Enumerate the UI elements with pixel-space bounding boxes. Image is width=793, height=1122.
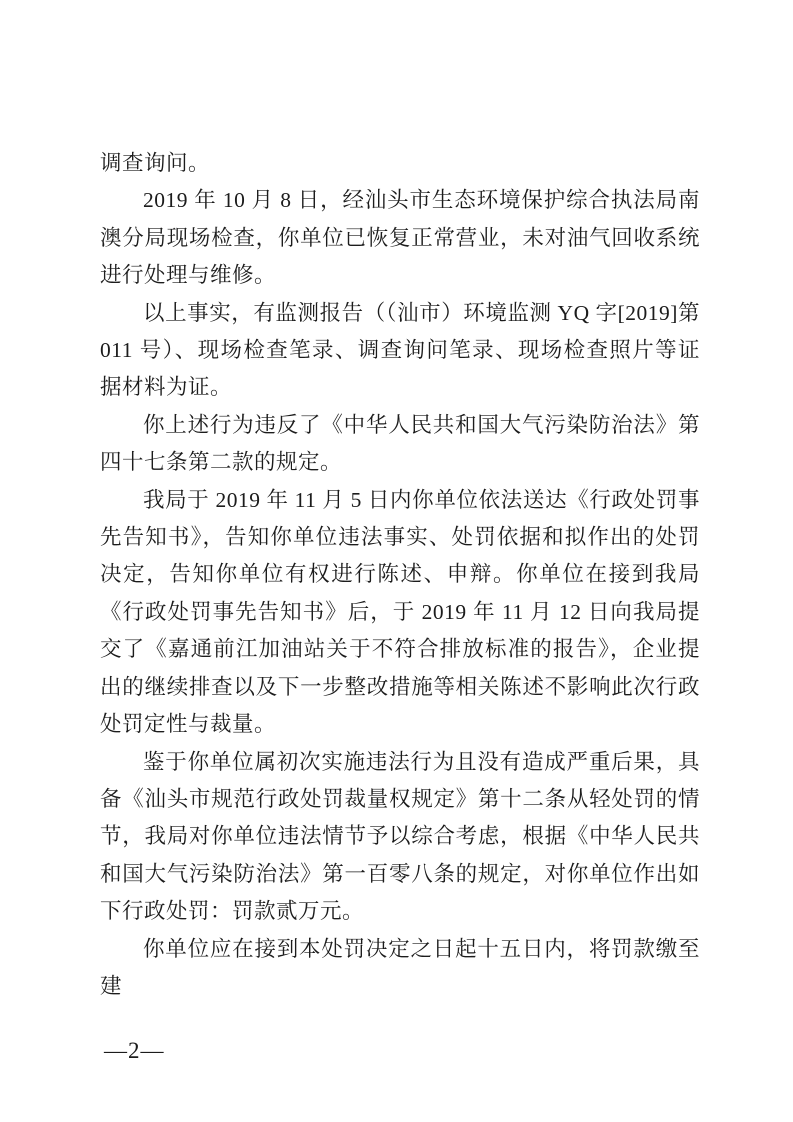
paragraph: 你单位应在接到本处罚决定之日起十五日内，将罚款缴至建 [100,931,700,1006]
paragraph: 以上事实，有监测报告（（汕市）环境监测 YQ 字[2019]第 011 号）、现… [100,295,700,407]
document-body: 调查询问。2019 年 10 月 8 日，经汕头市生态环境保护综合执法局南澳分局… [100,145,700,1005]
paragraph: 调查询问。 [100,145,700,182]
paragraph: 你上述行为违反了《中华人民共和国大气污染防治法》第四十七条第二款的规定。 [100,407,700,482]
page-number: —2— [104,1036,165,1066]
paragraph: 鉴于你单位属初次实施违法行为且没有造成严重后果，具备《汕头市规范行政处罚裁量权规… [100,744,700,931]
paragraph: 2019 年 10 月 8 日，经汕头市生态环境保护综合执法局南澳分局现场检查，… [100,182,700,294]
paragraph: 我局于 2019 年 11 月 5 日内你单位依法送达《行政处罚事先告知书》，告… [100,482,700,744]
document-page: 调查询问。2019 年 10 月 8 日，经汕头市生态环境保护综合执法局南澳分局… [0,0,793,1122]
